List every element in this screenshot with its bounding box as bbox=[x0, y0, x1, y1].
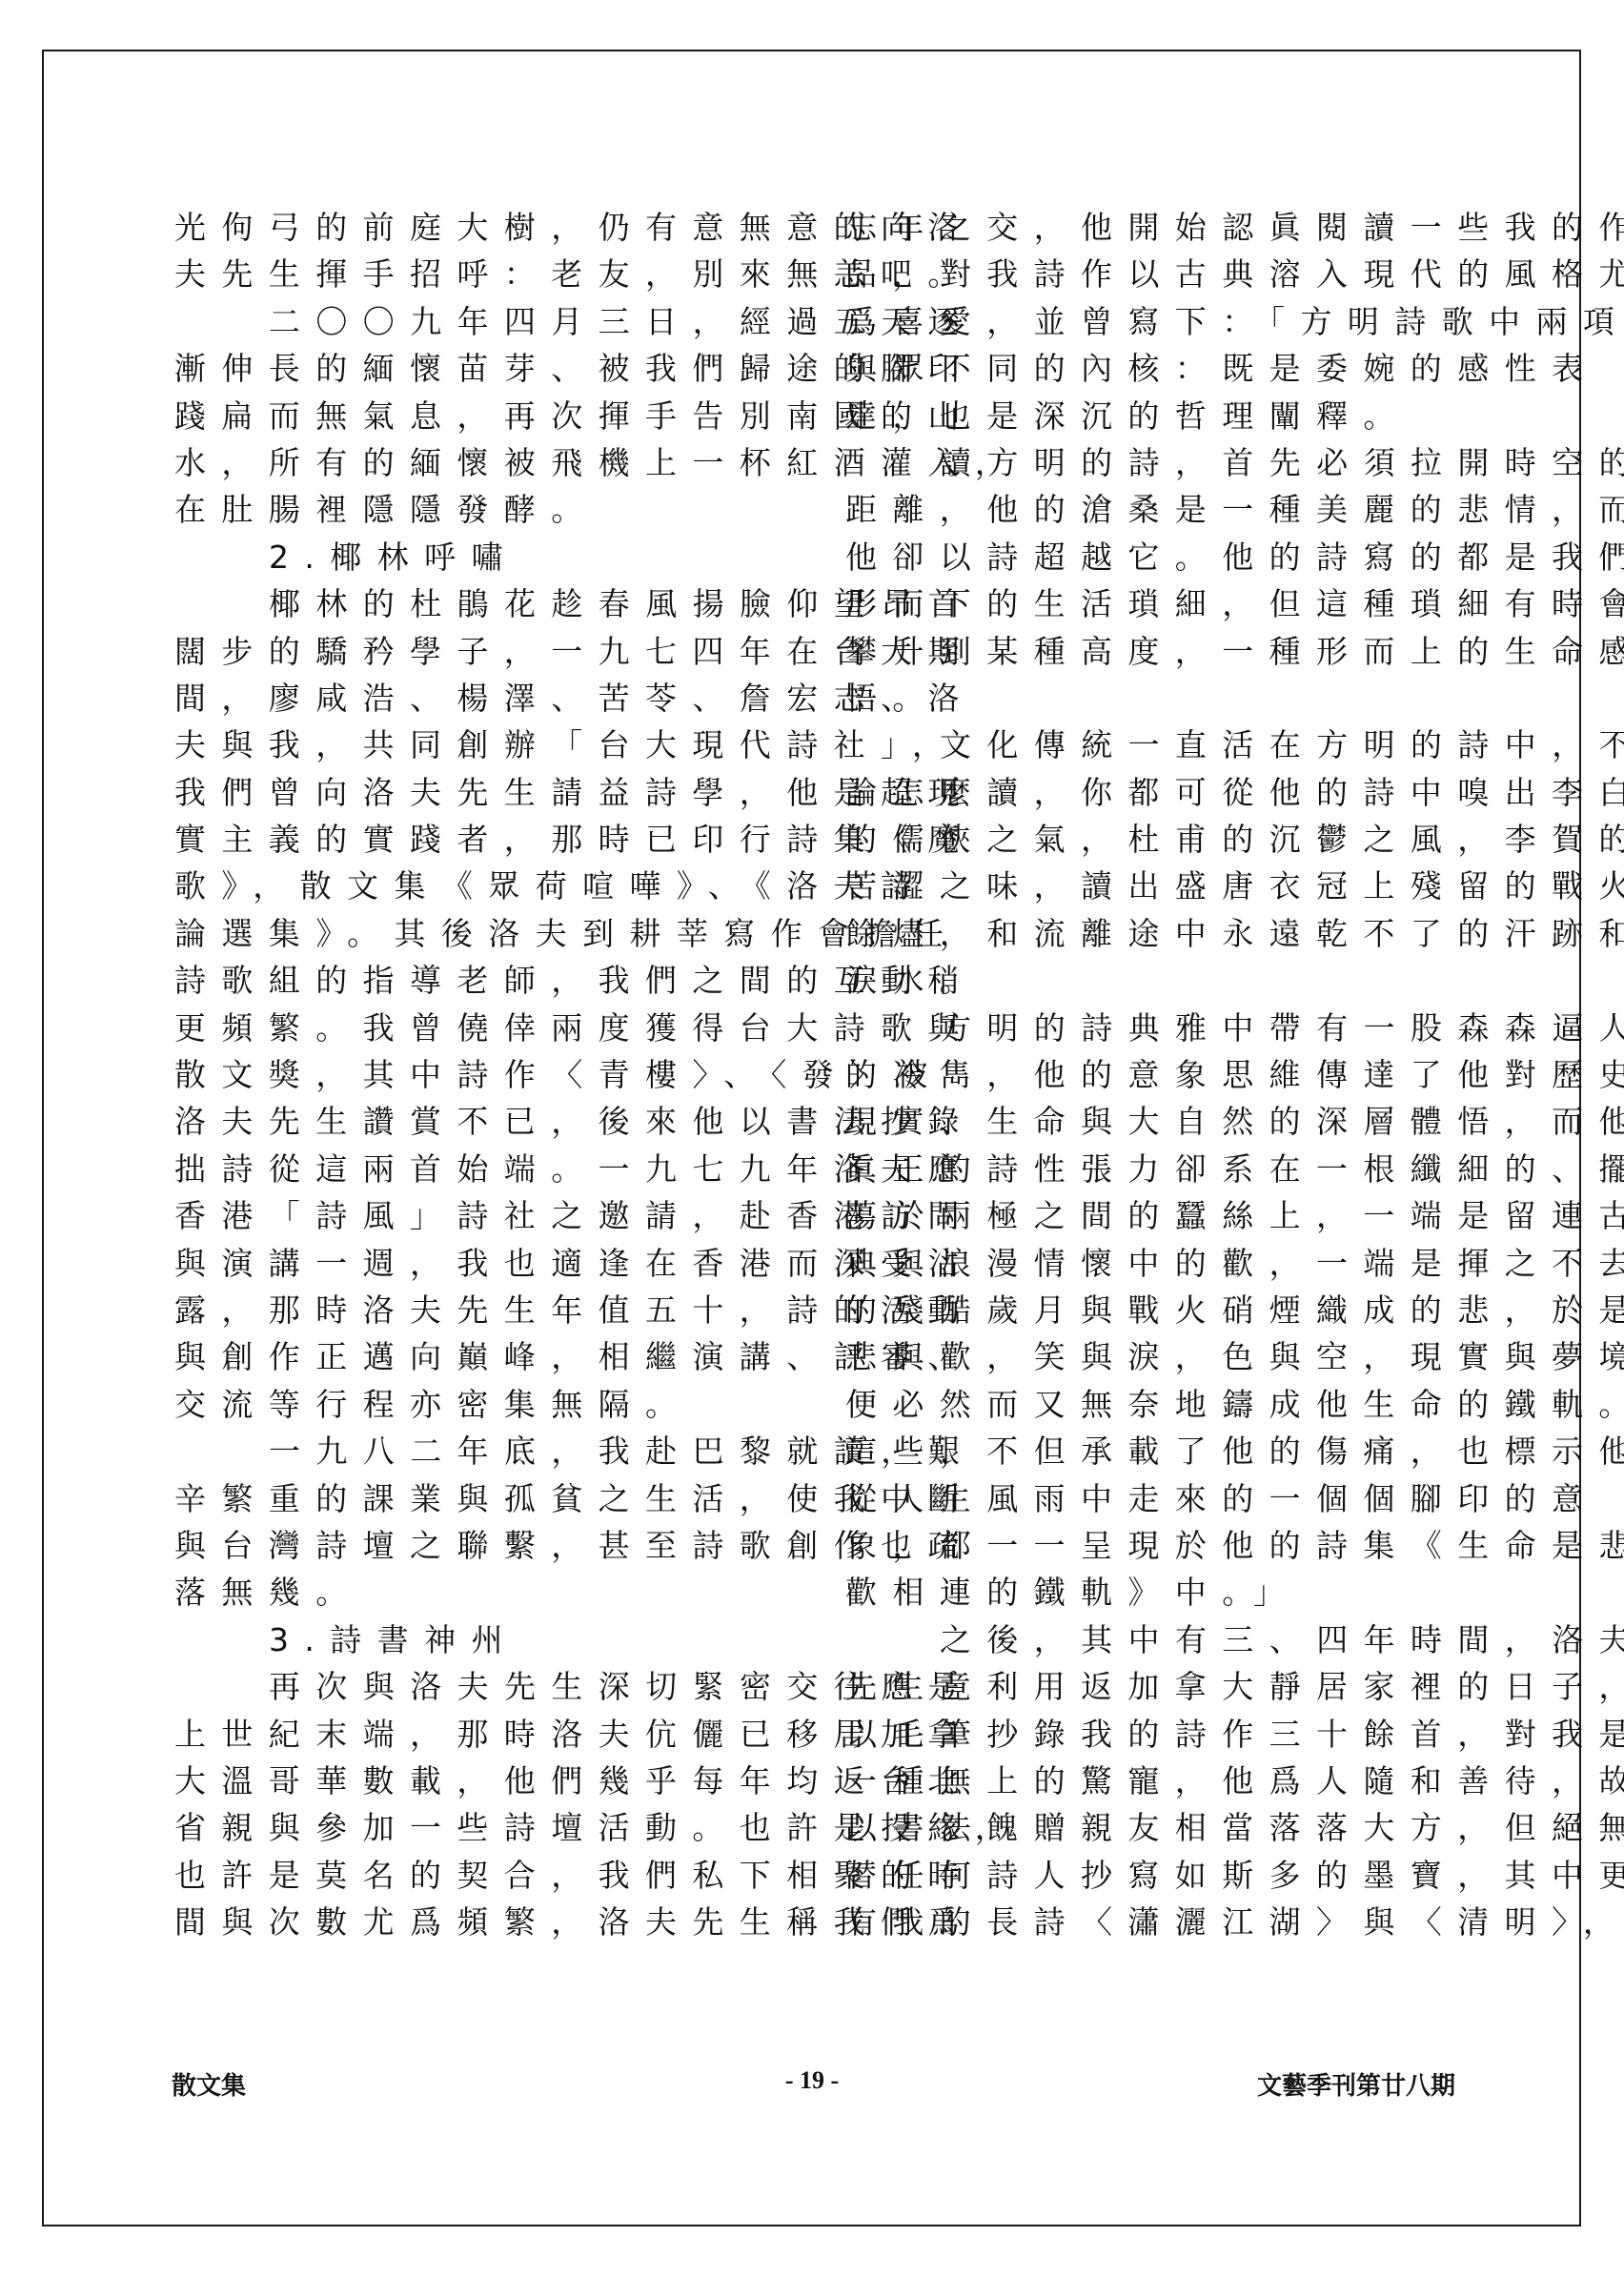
text-line: 形而下的生活瑣細，但這種瑣細有時會 bbox=[845, 580, 1474, 627]
text-line: 讀方明的詩，首先必須拉開時空的 bbox=[845, 439, 1474, 486]
text-line: 現實、生命與大自然的深層體悟，而他 bbox=[845, 1098, 1474, 1145]
text-line: 二〇〇九年四月三日，經過五天逐 bbox=[174, 298, 803, 345]
text-line: 闊步的驕矜學子，一九七四年在台大期 bbox=[174, 628, 803, 675]
text-line: 再次與洛夫先生深切緊密交往應是 bbox=[174, 1663, 803, 1710]
text-line: 的儒俠之氣，杜甫的沉鬱之風，李賀的 bbox=[845, 816, 1474, 863]
text-line: 散文獎，其中詩作〈青樓〉、〈發〉被 bbox=[174, 1051, 803, 1098]
text-line: 間，廖咸浩、楊澤、苦苓、詹宏志、洛 bbox=[174, 675, 803, 722]
right-column: 忘年之交，他開始認眞閱讀一些我的作品，對我詩作以古典溶入現代的風格尤爲喜愛，並曾… bbox=[845, 204, 1474, 1945]
text-line: 香港「詩風」詩社之邀請，赴香港訪問 bbox=[174, 1192, 803, 1239]
text-line: 悟。 bbox=[845, 675, 1474, 722]
text-line: 替任何詩人抄寫如斯多的墨寶，其中更 bbox=[845, 1852, 1474, 1899]
text-line: 爲喜愛，並曾寫下：「方明詩歌中兩項 bbox=[845, 298, 1474, 345]
text-line: 上世紀末端，那時洛夫伉儷已移居加拿 bbox=[174, 1711, 803, 1758]
text-line: 省親與參加一些詩壇活動。也許是投緣， bbox=[174, 1804, 803, 1851]
text-line: 之後，其中有三、四年時間，洛夫 bbox=[845, 1616, 1474, 1663]
text-line: 落無幾。 bbox=[174, 1569, 803, 1616]
text-line: 洛夫先生讚賞不已，後來他以書法抄錄 bbox=[174, 1098, 803, 1145]
text-line: 光佝弓的前庭大樹，仍有意無意的向洛 bbox=[174, 204, 803, 251]
text-line: 我們曾向洛夫先生請益詩學，他是超現 bbox=[174, 769, 803, 816]
text-line: 論選集》。其後洛夫到耕莘寫作會擔任 bbox=[174, 910, 803, 957]
text-line: 2.椰林呼嘯 bbox=[174, 534, 803, 580]
text-line: 與眾不同的內核：既是委婉的感性表 bbox=[845, 345, 1474, 392]
text-line: 大溫哥華數載，他們幾乎每年均返台北 bbox=[174, 1758, 803, 1804]
text-line: 便必然而又無奈地鑄成他生命的鐵軌。 bbox=[845, 1381, 1474, 1428]
text-line: 苦澀之味，讀出盛唐衣冠上殘留的戰火 bbox=[845, 863, 1474, 909]
text-line: 漸伸長的緬懷苗芽、被我們歸途的腳印 bbox=[174, 345, 803, 392]
text-line: 淚水。 bbox=[845, 957, 1474, 1004]
text-line: 一九八二年底，我赴巴黎就讀，艱 bbox=[174, 1428, 803, 1474]
text-line: 辛繁重的課業與孤貧之生活，使我中斷 bbox=[174, 1475, 803, 1522]
text-line: 先生竟利用返加拿大靜居家裡的日子， bbox=[845, 1663, 1474, 1710]
text-line: 歌》，散文集《眾荷喧嘩》、《洛夫詩 bbox=[174, 863, 803, 909]
text-line: 蕩於兩極之間的蠶絲上，一端是留連古 bbox=[845, 1192, 1474, 1239]
text-line: 夫先生揮手招呼：老友，別來無恙吧。 bbox=[174, 251, 803, 297]
text-line: 攀升到某種高度，一種形而上的生命感 bbox=[845, 628, 1474, 675]
text-line: 踐扁而無氣息，再次揮手告別南國的山 bbox=[174, 393, 803, 439]
text-line: 與創作正邁向巔峰，相繼演講、評審、 bbox=[174, 1333, 803, 1380]
text-line: 悲與歡，笑與淚，色與空，現實與夢境 bbox=[845, 1333, 1474, 1380]
text-line: 以書法餽贈親友相當落落大方，但絕無 bbox=[845, 1804, 1474, 1851]
text-line: 歡相連的鐵軌》中。」 bbox=[845, 1569, 1474, 1616]
text-line: 有我的長詩〈瀟灑江湖〉與〈清明〉， bbox=[845, 1899, 1474, 1945]
text-line: 拙詩從這兩首始端。一九七九年洛夫應 bbox=[174, 1146, 803, 1192]
text-line: 典與浪漫情懷中的歡，一端是揮之不去 bbox=[845, 1240, 1474, 1287]
text-line: 他卻以詩超越它。他的詩寫的都是我們 bbox=[845, 534, 1474, 580]
text-line: 從人生風雨中走來的一個個腳印的意 bbox=[845, 1475, 1474, 1522]
text-line: 在肚腸裡隱隱發酵。 bbox=[174, 486, 803, 533]
text-line: 達，也是深沉的哲理闡釋。 bbox=[845, 393, 1474, 439]
text-line: 的冷雋，他的意象思維傳達了他對歷史、 bbox=[845, 1051, 1474, 1098]
text-line: 與演講一週，我也適逢在香港而深受沾 bbox=[174, 1240, 803, 1287]
text-line: 眞正的詩性張力卻系在一根纖細的、擺 bbox=[845, 1146, 1474, 1192]
text-line: 方明的詩典雅中帶有一股森森逼人 bbox=[845, 1005, 1474, 1051]
text-line: 交流等行程亦密集無隔。 bbox=[174, 1381, 803, 1428]
text-line: 更頻繁。我曾僥倖兩度獲得台大詩歌與 bbox=[174, 1005, 803, 1051]
text-line: 夫與我，共同創辦「台大現代詩社」， bbox=[174, 722, 803, 768]
text-line: 與台灣詩壇之聯繫，甚至詩歌創作也疏 bbox=[174, 1522, 803, 1569]
text-line: 椰林的杜鵑花趁春風揚臉仰望昂首 bbox=[174, 580, 803, 627]
text-line: 的殘酷歲月與戰火硝煙織成的悲，於是 bbox=[845, 1287, 1474, 1333]
text-line: 論怎麼讀，你都可從他的詩中嗅出李白 bbox=[845, 769, 1474, 816]
text-line: 文化傳統一直活在方明的詩中，不 bbox=[845, 722, 1474, 768]
text-line: 品，對我詩作以古典溶入現代的風格尤 bbox=[845, 251, 1474, 297]
text-line: 實主義的實踐者，那時已印行詩集《魔 bbox=[174, 816, 803, 863]
text-line: 水，所有的緬懷被飛機上一杯紅酒灌入， bbox=[174, 439, 803, 486]
text-line: 以毛筆抄錄我的詩作三十餘首，對我是 bbox=[845, 1711, 1474, 1758]
text-line: 露，那時洛夫先生年值五十，詩的活動 bbox=[174, 1287, 803, 1333]
footer-publication: 文藝季刊第廿八期 bbox=[1257, 2066, 1455, 2102]
text-line: 餘燼，和流離途中永遠乾不了的汗跡和 bbox=[845, 910, 1474, 957]
text-line: 距離，他的滄桑是一種美麗的悲情，而 bbox=[845, 486, 1474, 533]
text-line: 象，都一一呈現於他的詩集《生命是悲 bbox=[845, 1522, 1474, 1569]
text-line: 忘年之交，他開始認眞閱讀一些我的作 bbox=[845, 204, 1474, 251]
text-line: 一種無上的驚寵，他爲人隨和善待，故 bbox=[845, 1758, 1474, 1804]
text-line: 3.詩書神州 bbox=[174, 1616, 803, 1663]
left-column: 光佝弓的前庭大樹，仍有意無意的向洛夫先生揮手招呼：老友，別來無恙吧。二〇〇九年四… bbox=[174, 204, 803, 1945]
text-line: 這些，不但承載了他的傷痛，也標示他 bbox=[845, 1428, 1474, 1474]
text-line: 間與次數尤爲頻繁，洛夫先生稱我們爲 bbox=[174, 1899, 803, 1945]
text-line: 詩歌組的指導老師，我們之間的互動稍 bbox=[174, 957, 803, 1004]
text-line: 也許是莫名的契合，我們私下相聚的時 bbox=[174, 1852, 803, 1899]
